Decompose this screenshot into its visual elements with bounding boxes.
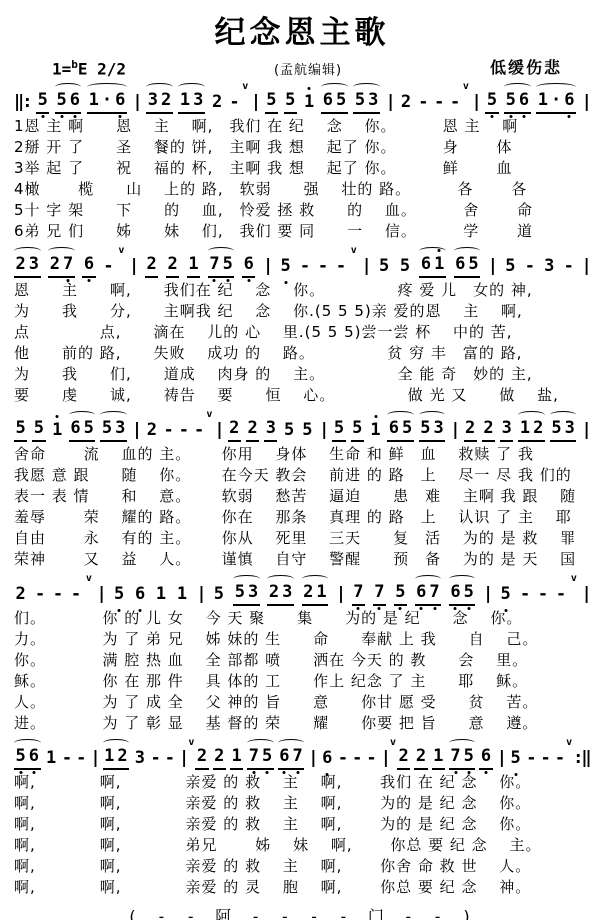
note-group: 56 bbox=[504, 92, 531, 114]
note-group: 5 bbox=[113, 586, 126, 606]
note-group: 3 bbox=[133, 750, 146, 770]
note-group: 3 bbox=[264, 420, 277, 442]
note-group: 5 bbox=[284, 92, 297, 114]
note: 6 bbox=[84, 256, 94, 273]
lyric-line: 我愿 意 跟 随 你。 在今天 教会 前进 的 路 上 尽一 尽 我 们的 bbox=[12, 465, 592, 486]
score-header: 1=bE 2/2 (孟航编辑) 低缓伤悲 bbox=[12, 56, 592, 78]
note-group: 5 bbox=[377, 258, 390, 278]
barline: | bbox=[336, 586, 344, 606]
dash-note: - bbox=[352, 750, 362, 770]
note-group: 53 bbox=[419, 420, 446, 442]
lyric-line: 荣神 又 益 人。 谨慎 自守 警醒 预 备 为的 是 天 国 bbox=[12, 549, 592, 570]
note: 2 bbox=[167, 256, 177, 273]
note-group: 2 bbox=[213, 748, 226, 770]
lyric-line: 点 点, 滴在 儿的 心 里.(5 5 5)尝一尝 杯 中的 苦, bbox=[12, 322, 592, 343]
note-group: 1 bbox=[175, 586, 188, 606]
note: 1 bbox=[89, 92, 99, 109]
note: 5 bbox=[114, 586, 124, 603]
breath-mark: v bbox=[188, 738, 194, 748]
dash-note: - bbox=[434, 94, 444, 114]
note: 5 bbox=[38, 92, 48, 109]
note: 2 bbox=[247, 420, 257, 437]
key-and-meter: E 2/2 bbox=[78, 59, 126, 78]
dash-note: - bbox=[338, 750, 348, 770]
note-group: 32 bbox=[146, 92, 173, 114]
note-group: 6 bbox=[133, 586, 146, 606]
note: 5 bbox=[334, 420, 344, 437]
note-group: 1 bbox=[369, 422, 382, 442]
note: 1 bbox=[316, 584, 326, 601]
note-group: 5 bbox=[509, 750, 522, 770]
note: 1 bbox=[433, 748, 443, 765]
note: 3 bbox=[193, 92, 203, 109]
note: 5 bbox=[506, 92, 516, 109]
note: 2 bbox=[117, 748, 127, 765]
note-group: 56 bbox=[14, 748, 41, 770]
note: 2 bbox=[416, 748, 426, 765]
dash-note: - bbox=[300, 258, 310, 278]
lyric-line: 6弟 兄 们 姊 妹 们, 我们 要 同 一 信。 学 道 bbox=[12, 221, 592, 242]
barline: | bbox=[582, 586, 590, 606]
note-group: 1 bbox=[302, 94, 315, 114]
note: 5 bbox=[84, 420, 94, 437]
note-group: 67 bbox=[415, 584, 442, 606]
note: 6 bbox=[481, 748, 491, 765]
song-title: 纪念恩主歌 bbox=[12, 14, 592, 52]
note: 7 bbox=[249, 748, 259, 765]
note: 6 bbox=[279, 748, 289, 765]
note-group: 5 bbox=[398, 258, 411, 278]
note: 2 bbox=[50, 256, 60, 273]
note-group: 65 bbox=[387, 420, 414, 442]
note-group: 1 bbox=[51, 422, 64, 442]
lyric-line: 2掰 开 了 圣 餐的 饼, 主啊 我 想 起了 你。 身 体 bbox=[12, 137, 592, 158]
score-system: 5516553|2---v|22355|5516553|2231253|舍命 流… bbox=[12, 416, 592, 570]
lyric-line: 进。 为 了 彰 显 基 督的 荣 耀 你要 把 旨 意 遵。 bbox=[12, 713, 592, 734]
note-group: 1 bbox=[45, 750, 58, 770]
note: 5 bbox=[468, 256, 478, 273]
note: 5 bbox=[284, 422, 294, 439]
note: 5 bbox=[355, 92, 365, 109]
note-group: 5 bbox=[212, 586, 225, 606]
note: 5 bbox=[420, 420, 430, 437]
note-group: 2 bbox=[246, 420, 259, 442]
note-group: 13 bbox=[178, 92, 205, 114]
note: 6 bbox=[455, 256, 465, 273]
dash-note: - bbox=[318, 258, 328, 278]
breath-mark: v bbox=[390, 738, 396, 748]
breath-mark: v bbox=[118, 246, 124, 256]
note: · bbox=[551, 92, 561, 109]
repeat-barline: :‖ bbox=[573, 750, 589, 770]
note: 1 bbox=[52, 422, 62, 439]
note-group: 2 bbox=[14, 586, 27, 606]
dash-note: - bbox=[163, 422, 173, 442]
note-group: 23 bbox=[14, 256, 41, 278]
dash-note: - bbox=[229, 94, 239, 114]
breath-mark: v bbox=[351, 246, 357, 256]
note: 5 bbox=[34, 420, 44, 437]
amen-line: ( - - 阿 - - - - 门 - - ) bbox=[12, 904, 592, 920]
barline: | bbox=[488, 258, 496, 278]
note: 5 bbox=[400, 258, 410, 275]
note: 1 bbox=[177, 586, 187, 603]
repeat-barline: ‖: bbox=[14, 94, 30, 114]
breath-mark: v bbox=[242, 82, 248, 92]
barline: | bbox=[471, 94, 479, 114]
barline: | bbox=[450, 422, 458, 442]
dash-note: - bbox=[62, 750, 72, 770]
notation-line: ‖:5561·6|32132-v|5516553|2---v|5561·6| bbox=[14, 88, 590, 114]
barline: | bbox=[362, 258, 370, 278]
note-group: 7 bbox=[352, 584, 365, 606]
note: 6 bbox=[322, 750, 332, 767]
note-group: 65 bbox=[321, 92, 348, 114]
key-prefix: 1= bbox=[52, 59, 71, 78]
score-system: 561--|123--|v2217567|6---|v221756|5---v:… bbox=[12, 744, 592, 898]
lyric-line: 自由 永 有的 主。 你从 死里 三天 复 活 为的 是 救 罪 bbox=[12, 528, 592, 549]
barline: | bbox=[251, 94, 259, 114]
note-group: 2 bbox=[482, 420, 495, 442]
note: 2 bbox=[533, 420, 543, 437]
note: 7 bbox=[353, 584, 363, 601]
note: 5 bbox=[280, 258, 290, 275]
note-group: 53 bbox=[550, 420, 577, 442]
note: 7 bbox=[450, 748, 460, 765]
note: 5 bbox=[266, 92, 276, 109]
note: 1 bbox=[46, 750, 56, 767]
note-group: 2 bbox=[195, 748, 208, 770]
note: 3 bbox=[266, 420, 276, 437]
note: 5 bbox=[102, 420, 112, 437]
note: 7 bbox=[374, 584, 384, 601]
lyric-line: 稣。 你 在 那 件 具 体的 工 作上 纪念 了 主 耶 稣。 bbox=[12, 671, 592, 692]
note-group: 53 bbox=[233, 584, 260, 606]
note-group: 27 bbox=[48, 256, 75, 278]
breath-mark: v bbox=[566, 738, 572, 748]
dash-note: - bbox=[179, 422, 189, 442]
note-group: 2 bbox=[228, 420, 241, 442]
note-group: 5 bbox=[279, 258, 292, 278]
dash-note: - bbox=[336, 258, 346, 278]
note-group: 61 bbox=[419, 256, 446, 278]
barline: | bbox=[381, 750, 389, 770]
score-system: 2---v|5611|5532321|7756765|5---v|们。 你 的 … bbox=[12, 580, 592, 734]
note-group: 67 bbox=[278, 748, 305, 770]
note: 6 bbox=[70, 92, 80, 109]
lyric-line: 1恩 主 啊 恩 主 啊, 我们 在 纪 念 你。 恩 主 啊 bbox=[12, 116, 592, 137]
note-group: 5 bbox=[301, 422, 314, 442]
note-group: 1·6 bbox=[536, 92, 576, 114]
note: 2 bbox=[16, 256, 26, 273]
barline: | bbox=[263, 258, 271, 278]
note: 6 bbox=[450, 584, 460, 601]
note: 1 bbox=[104, 748, 114, 765]
note: 7 bbox=[63, 256, 73, 273]
note-group: 5 bbox=[351, 420, 364, 442]
lyric-line: 恩 主 啊, 我们在 纪 念 你。 疼 爱 儿 女的 神, bbox=[12, 280, 592, 301]
lyric-line: 啊, 啊, 亲爱 的 救 主 啊, 为的 是 纪 念 你。 bbox=[12, 793, 592, 814]
barline: | bbox=[129, 258, 137, 278]
note-group: 2 bbox=[166, 256, 179, 278]
note-group: 6 bbox=[242, 256, 255, 278]
notation-line: 23276-v|221756|5---v|556165|5-3-| bbox=[14, 252, 590, 278]
note: 3 bbox=[502, 420, 512, 437]
dash-note: - bbox=[564, 258, 574, 278]
note: 2 bbox=[147, 256, 157, 273]
note-group: 5 bbox=[14, 420, 27, 442]
note: 7 bbox=[209, 256, 219, 273]
note: 6 bbox=[389, 420, 399, 437]
note: 5 bbox=[379, 258, 389, 275]
dash-note: - bbox=[103, 258, 113, 278]
note: 2 bbox=[303, 584, 313, 601]
lyric-line: 你。 满 腔 热 血 全 部都 喷 洒在 今天 的 教 会 里。 bbox=[12, 650, 592, 671]
note: 5 bbox=[16, 420, 26, 437]
barline: | bbox=[319, 422, 327, 442]
note: 6 bbox=[244, 256, 254, 273]
note-group: 5 bbox=[504, 258, 517, 278]
note-group: 6 bbox=[479, 748, 492, 770]
note-group: 65 bbox=[449, 584, 476, 606]
note-group: 1 bbox=[154, 586, 167, 606]
note-group: 5 bbox=[499, 586, 512, 606]
note: 6 bbox=[519, 92, 529, 109]
note: 2 bbox=[212, 94, 222, 111]
note: 3 bbox=[368, 92, 378, 109]
note-group: 56 bbox=[55, 92, 82, 114]
dash-note: - bbox=[538, 586, 548, 606]
note: 5 bbox=[285, 92, 295, 109]
note: 3 bbox=[115, 420, 125, 437]
note: 6 bbox=[564, 92, 574, 109]
note-group: 1·6 bbox=[87, 92, 127, 114]
note-group: 3 bbox=[543, 258, 556, 278]
barline: | bbox=[179, 750, 187, 770]
barline: | bbox=[196, 586, 204, 606]
note-group: 1 bbox=[230, 748, 243, 770]
note: 1 bbox=[156, 586, 166, 603]
note-group: 12 bbox=[103, 748, 130, 770]
dash-note: - bbox=[525, 258, 535, 278]
note: 6 bbox=[421, 256, 431, 273]
lyric-line: 舍命 流 血的 主。 你用 身体 生命 和 鲜 血 救赎 了 我 bbox=[12, 444, 592, 465]
barline: | bbox=[90, 750, 98, 770]
note: 2 bbox=[229, 420, 239, 437]
note: 5 bbox=[551, 420, 561, 437]
note: 2 bbox=[161, 92, 171, 109]
dash-note: - bbox=[418, 94, 428, 114]
barline: | bbox=[582, 258, 590, 278]
dash-note: - bbox=[556, 586, 566, 606]
note: 2 bbox=[465, 420, 475, 437]
note: 1 bbox=[231, 748, 241, 765]
note: 2 bbox=[269, 584, 279, 601]
note-group: 21 bbox=[302, 584, 329, 606]
note-group: 2 bbox=[399, 94, 412, 114]
note: 5 bbox=[56, 92, 66, 109]
note: 2 bbox=[147, 422, 157, 439]
note: 6 bbox=[323, 92, 333, 109]
note: 2 bbox=[401, 94, 411, 111]
note-group: 5 bbox=[32, 420, 45, 442]
note: 5 bbox=[352, 420, 362, 437]
note: 3 bbox=[544, 258, 554, 275]
notation-line: 2---v|5611|5532321|7756765|5---v| bbox=[14, 580, 590, 606]
dash-note: - bbox=[71, 586, 81, 606]
note-group: 65 bbox=[454, 256, 481, 278]
notation-line: 561--|123--|v2217567|6---|v221756|5---v:… bbox=[14, 744, 590, 770]
note: 5 bbox=[235, 584, 245, 601]
lyric-line: 啊, 啊, 弟兄 姊 妹 啊, 你总 要 纪 念 主。 bbox=[12, 835, 592, 856]
breath-mark: v bbox=[571, 574, 577, 584]
note: 7 bbox=[429, 584, 439, 601]
note-group: 53 bbox=[353, 92, 380, 114]
note-group: 7 bbox=[373, 584, 386, 606]
dash-note: - bbox=[76, 750, 86, 770]
breath-mark: v bbox=[463, 82, 469, 92]
dash-note: - bbox=[555, 750, 565, 770]
note-group: 5 bbox=[332, 420, 345, 442]
note-group: 75 bbox=[247, 748, 274, 770]
lyric-line: 啊, 啊, 亲爱 的 灵 胞 啊, 你总 要 纪 念 神。 bbox=[12, 877, 592, 898]
note-group: 5 bbox=[265, 92, 278, 114]
note: 5 bbox=[336, 92, 346, 109]
note-group: 5 bbox=[36, 92, 49, 114]
note: 3 bbox=[248, 584, 258, 601]
note: 5 bbox=[501, 586, 511, 603]
note: 3 bbox=[148, 92, 158, 109]
barline: | bbox=[582, 94, 590, 114]
barline: | bbox=[132, 94, 140, 114]
note: 5 bbox=[302, 422, 312, 439]
note-group: 3 bbox=[500, 420, 513, 442]
note: 3 bbox=[433, 420, 443, 437]
note: 1 bbox=[520, 420, 530, 437]
note: 5 bbox=[464, 748, 474, 765]
lyric-line: 他 前的 路, 失败 成功 的 路。 贫 穷 丰 富的 路, bbox=[12, 343, 592, 364]
note: 6 bbox=[416, 584, 426, 601]
note: 1 bbox=[434, 256, 444, 273]
note: 2 bbox=[197, 748, 207, 765]
note-group: 5 bbox=[283, 422, 296, 442]
note: 2 bbox=[16, 586, 26, 603]
barline: | bbox=[483, 586, 491, 606]
note: 5 bbox=[16, 748, 26, 765]
score-system: 23276-v|221756|5---v|556165|5-3-|恩 主 啊, … bbox=[12, 252, 592, 406]
note: 5 bbox=[223, 256, 233, 273]
note: 1 bbox=[180, 92, 190, 109]
note-group: 53 bbox=[100, 420, 127, 442]
dash-note: - bbox=[450, 94, 460, 114]
note: 1 bbox=[188, 256, 198, 273]
dash-note: - bbox=[194, 422, 204, 442]
note: 5 bbox=[395, 584, 405, 601]
dash-note: - bbox=[35, 586, 45, 606]
note: 5 bbox=[505, 258, 515, 275]
note: 1 bbox=[304, 94, 314, 111]
note: 3 bbox=[135, 750, 145, 767]
note: 5 bbox=[487, 92, 497, 109]
lyric-line: 羞辱 荣 耀的 路。 你在 那条 真理 的 路 上 认识 了 主 耶 bbox=[12, 507, 592, 528]
note: · bbox=[102, 92, 112, 109]
note-group: 65 bbox=[69, 420, 96, 442]
dash-note: - bbox=[165, 750, 175, 770]
breath-mark: v bbox=[206, 410, 212, 420]
key-signature: 1=bE 2/2 bbox=[52, 58, 126, 78]
score-body: ‖:5561·6|32132-v|5516553|2---v|5561·6|1恩… bbox=[12, 88, 592, 898]
barline: | bbox=[97, 586, 105, 606]
editor-credit: (孟航编辑) bbox=[274, 59, 342, 78]
lyric-line: 啊, 啊, 亲爱 的 救 主 啊, 你舍 命 救 世 人。 bbox=[12, 856, 592, 877]
lyric-line: 3举 起 了 祝 福的 杯, 主啊 我 想 起了 你。 鲜 血 bbox=[12, 158, 592, 179]
note: 3 bbox=[282, 584, 292, 601]
sheet-music-page: 纪念恩主歌 1=bE 2/2 (孟航编辑) 低缓伤悲 ‖:5561·6|3213… bbox=[0, 0, 608, 920]
note-group: 2 bbox=[464, 420, 477, 442]
note-group: 75 bbox=[449, 748, 476, 770]
note: 3 bbox=[29, 256, 39, 273]
note: 5 bbox=[402, 420, 412, 437]
note-group: 23 bbox=[267, 584, 294, 606]
note: 5 bbox=[510, 750, 520, 767]
note: 3 bbox=[565, 420, 575, 437]
lyric-line: 啊, 啊, 亲爱 的 救 主 啊, 我们 在 纪 念 你。 bbox=[12, 772, 592, 793]
note: 1 bbox=[538, 92, 548, 109]
note-group: 12 bbox=[518, 420, 545, 442]
lyric-line: 5十 字 架 下 的 血, 怜爱 拯 救 的 血。 舍 命 bbox=[12, 200, 592, 221]
dash-note: - bbox=[541, 750, 551, 770]
note-group: 2 bbox=[414, 748, 427, 770]
flat-sign: b bbox=[71, 58, 78, 71]
note: 2 bbox=[214, 748, 224, 765]
note: 6 bbox=[70, 420, 80, 437]
barline: | bbox=[581, 422, 589, 442]
note-group: 1 bbox=[187, 256, 200, 278]
note-group: 6 bbox=[82, 256, 95, 278]
note-group: 75 bbox=[208, 256, 235, 278]
lyric-line: 为 我 分, 主啊我 纪 念 你.(5 5 5)亲 爱的恩 主 啊, bbox=[12, 301, 592, 322]
note: 1 bbox=[370, 422, 380, 439]
lyric-line: 要 虔 诚, 祷告 要 恒 心。 做 光 又 做 盐, bbox=[12, 385, 592, 406]
note-group: 1 bbox=[432, 748, 445, 770]
note: 5 bbox=[214, 586, 224, 603]
barline: | bbox=[386, 94, 394, 114]
score-system: ‖:5561·6|32132-v|5516553|2---v|5561·6|1恩… bbox=[12, 88, 592, 242]
dash-note: - bbox=[53, 586, 63, 606]
note: 7 bbox=[293, 748, 303, 765]
lyric-line: 为 我 们, 道成 肉身 的 主。 全 能 奇 妙的 主, bbox=[12, 364, 592, 385]
lyric-line: 人。 为 了 成 全 父 神的 旨 意 你甘 愿 受 贫 苦。 bbox=[12, 692, 592, 713]
note-group: 2 bbox=[211, 94, 224, 114]
note: 6 bbox=[135, 586, 145, 603]
note: 2 bbox=[399, 748, 409, 765]
barline: | bbox=[308, 750, 316, 770]
barline: | bbox=[132, 422, 140, 442]
lyric-line: 4橄 榄 山 上的 路, 软弱 强 壮的 路。 各 各 bbox=[12, 179, 592, 200]
note: 5 bbox=[262, 748, 272, 765]
note: 6 bbox=[115, 92, 125, 109]
note: 5 bbox=[464, 584, 474, 601]
dash-note: - bbox=[526, 750, 536, 770]
note-group: 6 bbox=[321, 750, 334, 770]
note: 6 bbox=[29, 748, 39, 765]
note-group: 5 bbox=[485, 92, 498, 114]
breath-mark: v bbox=[86, 574, 92, 584]
lyric-line: 表一 表 情 和 意。 软弱 愁苦 逼迫 患 难 主啊 我 跟 随 bbox=[12, 486, 592, 507]
lyric-line: 啊, 啊, 亲爱 的 救 主 啊, 为的 是 纪 念 你。 bbox=[12, 814, 592, 835]
note-group: 5 bbox=[394, 584, 407, 606]
barline: | bbox=[214, 422, 222, 442]
